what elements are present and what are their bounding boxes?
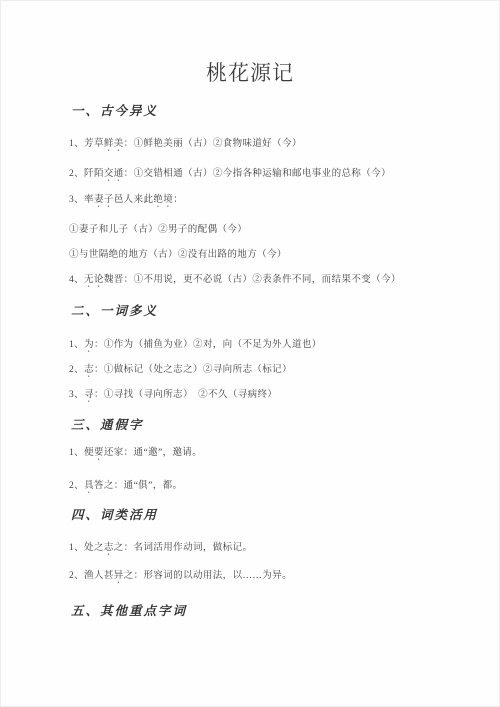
- text-run: 具: [84, 481, 94, 491]
- text-run: 鲜美: [104, 139, 124, 149]
- text-run: 1、芳草: [69, 139, 104, 149]
- text-run: ：: [173, 195, 183, 205]
- text-line: 2、渔人甚异之：形容词的以动用法，以……为异。: [69, 567, 292, 586]
- document-title: 桃花源记: [1, 57, 499, 87]
- text-run: ：①寻找（寻向所志） ②不久（寻病终）: [94, 390, 277, 400]
- text-run: 志: [104, 543, 114, 553]
- section-heading-2: 二、一词多义: [71, 301, 158, 319]
- text-run: ①与世隔绝的地方（古）②没有出路的地方（今）: [69, 250, 287, 260]
- text-line: 2、阡陌交通：①交错相通（古）②今指各种运输和邮电事业的总称（今）: [69, 165, 391, 184]
- text-run: 之：形容词的以动用法，以……为异。: [124, 571, 292, 581]
- text-run: 1、: [69, 340, 84, 350]
- text-run: 邑人来此: [114, 195, 154, 205]
- text-run: 志: [84, 365, 94, 375]
- text-run: 2、: [69, 365, 84, 375]
- text-run: ①妻子和儿子（古）②男子的配偶（今）: [69, 225, 247, 235]
- document-page: 桃花源记 一、古今异义 1、芳草鲜美：①鲜艳美丽（古）②食物味道好（今） 2、阡…: [0, 0, 500, 707]
- text-run: 1、处之: [69, 543, 104, 553]
- text-run: 异: [114, 571, 124, 581]
- text-run: ：①做标记（处之志之）②寻向所志（标记）: [94, 365, 292, 375]
- section-heading-3: 三、通假字: [71, 415, 144, 433]
- text-line: 1、为：①作为（捕鱼为业）②对，向（不足为外人道也）: [69, 336, 322, 355]
- text-run: 要: [94, 448, 104, 458]
- text-run: 绝境: [153, 195, 173, 205]
- text-run: 2、: [69, 481, 84, 491]
- text-run: 妻子: [94, 195, 114, 205]
- text-run: 答之：通“俱”，都。: [94, 481, 182, 491]
- text-run: 魏晋：①不用说，更不必说（古）②表条件不同，而结果不变（今）: [104, 275, 401, 285]
- text-run: 3、: [69, 390, 84, 400]
- text-run: 2、阡陌: [69, 169, 104, 179]
- text-line: 1、芳草鲜美：①鲜艳美丽（古）②食物味道好（今）: [69, 135, 302, 154]
- text-run: 之：名词活用作动词，做标记。: [114, 543, 253, 553]
- text-run: 为: [84, 340, 94, 350]
- text-run: 3、率: [69, 195, 94, 205]
- text-line: 3、寻：①寻找（寻向所志） ②不久（寻病终）: [69, 386, 277, 405]
- text-run: 1、便: [69, 448, 94, 458]
- text-line: 1、便要还家：通“邀”，邀请。: [69, 444, 202, 463]
- text-run: 4、: [69, 275, 84, 285]
- text-run: 交通: [104, 169, 124, 179]
- section-heading-1: 一、古今异义: [71, 101, 158, 119]
- text-line: ①妻子和儿子（古）②男子的配偶（今）: [69, 221, 247, 235]
- text-run: 无论: [84, 275, 104, 285]
- text-run: ：①交错相通（古）②今指各种运输和邮电事业的总称（今）: [124, 169, 391, 179]
- text-run: ：①作为（捕鱼为业）②对，向（不足为外人道也）: [94, 340, 322, 350]
- text-line: 2、具答之：通“俱”，都。: [69, 477, 182, 496]
- text-line: 2、志：①做标记（处之志之）②寻向所志（标记）: [69, 361, 292, 380]
- text-line: 4、无论魏晋：①不用说，更不必说（古）②表条件不同，而结果不变（今）: [69, 271, 401, 290]
- text-run: 2、渔人甚: [69, 571, 114, 581]
- section-heading-5: 五、其他重点字词: [71, 601, 187, 619]
- text-run: 寻: [84, 390, 94, 400]
- text-line: 1、处之志之：名词活用作动词，做标记。: [69, 539, 252, 558]
- text-line: 3、率妻子邑人来此绝境：: [69, 191, 183, 210]
- text-line: ①与世隔绝的地方（古）②没有出路的地方（今）: [69, 246, 287, 260]
- text-run: 还家：通“邀”，邀请。: [104, 448, 202, 458]
- text-run: ：①鲜艳美丽（古）②食物味道好（今）: [124, 139, 302, 149]
- section-heading-4: 四、词类活用: [71, 505, 158, 523]
